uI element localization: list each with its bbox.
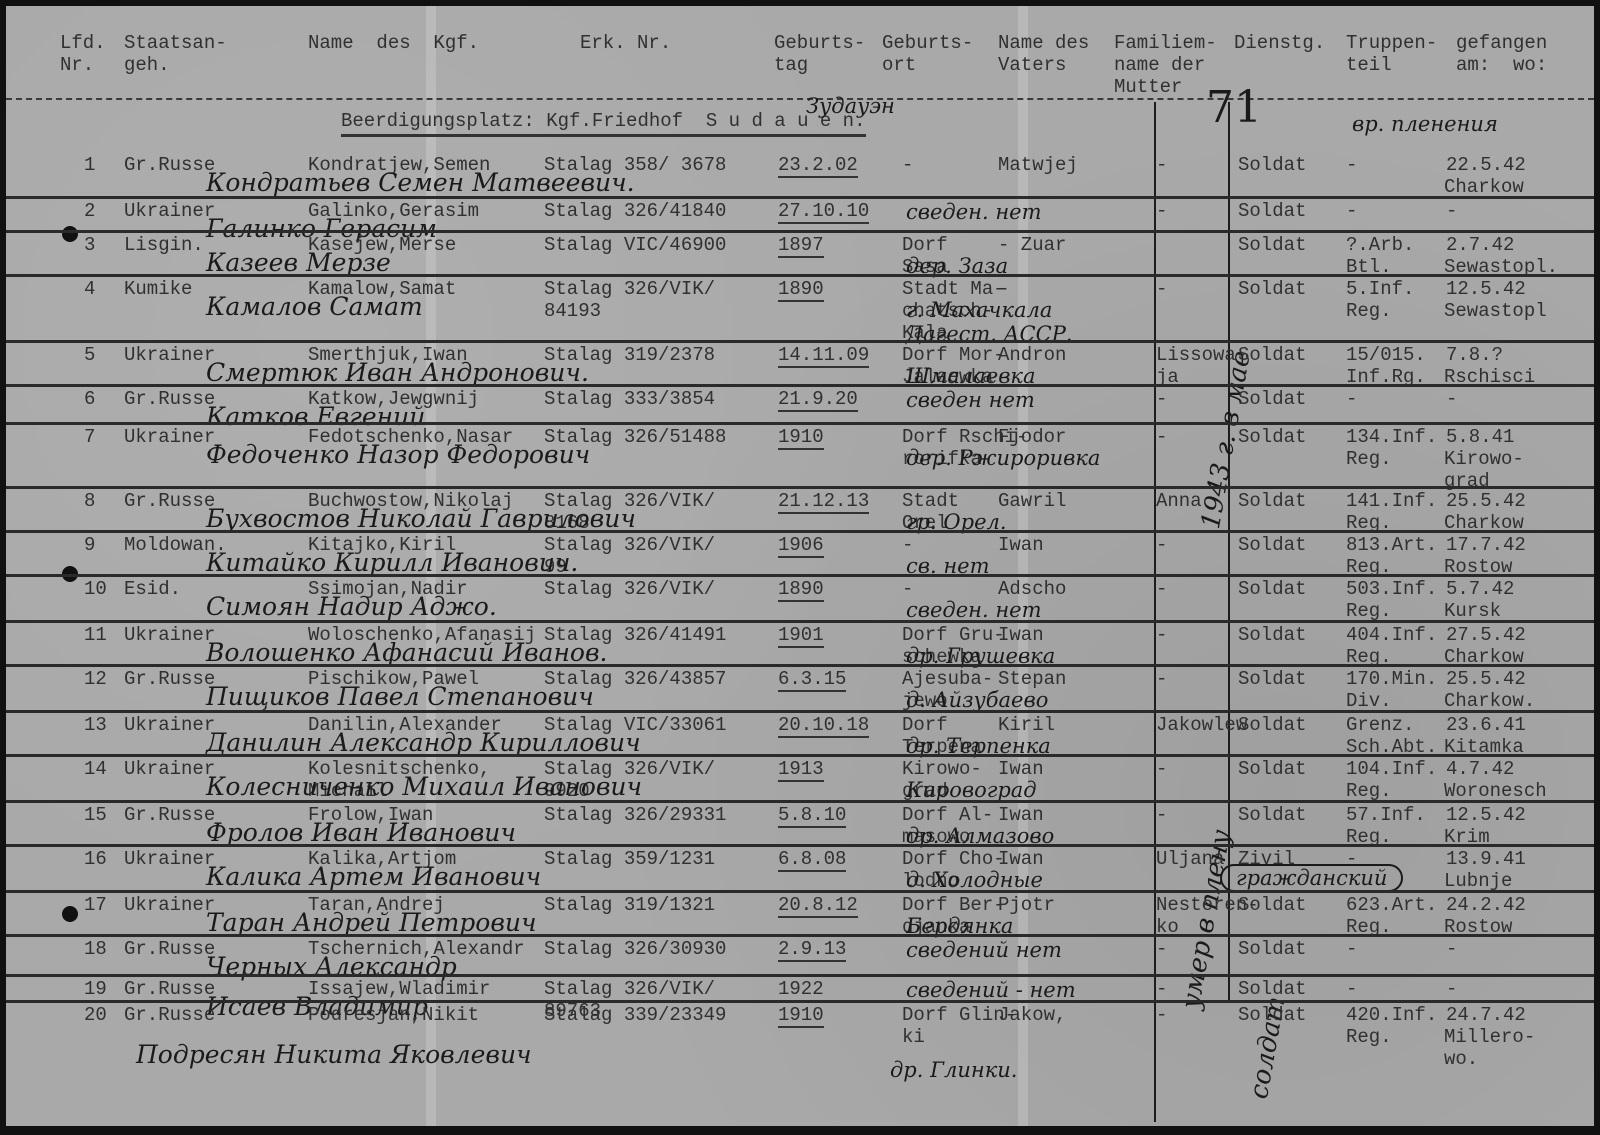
mother-name: - <box>1156 804 1167 826</box>
unit: 420.Inf. <box>1346 1004 1437 1026</box>
row-number: 12 <box>84 668 107 690</box>
row-divider <box>6 1000 1594 1003</box>
birth-date: 1890 <box>778 578 824 602</box>
nationality: Ukrainer <box>124 200 215 222</box>
father-name: Andron <box>998 344 1066 366</box>
nationality: Gr.Russe <box>124 804 215 826</box>
mother-name: - <box>1156 154 1167 176</box>
mother-name: Jakowlew <box>1156 714 1247 736</box>
father-name: Fjodor <box>998 426 1066 448</box>
capture-date: 12.5.42 <box>1446 804 1526 826</box>
handwritten-birthplace: сведен нет <box>906 388 1035 412</box>
capture-place: Kursk <box>1444 600 1501 622</box>
nationality: Ukrainer <box>124 848 215 870</box>
father-name: Stepan <box>998 668 1066 690</box>
birth-place: Stadt <box>902 490 959 512</box>
nationality: Ukrainer <box>124 344 215 366</box>
birth-date: 1890 <box>778 278 824 302</box>
row-divider <box>6 890 1594 893</box>
rank: Soldat <box>1238 624 1306 646</box>
nationality: Ukrainer <box>124 894 215 916</box>
handwritten-birthplace: г. Махачкала Дагест. АССР. <box>906 298 1073 346</box>
capture-date: 5.7.42 <box>1446 578 1514 600</box>
nationality: Ukrainer <box>124 426 215 448</box>
id-number: Stalag VIC/46900 <box>544 234 726 256</box>
unit: - <box>1346 938 1357 960</box>
birth-date: 21.12.13 <box>778 490 869 514</box>
birth-place: Dorf Al- <box>902 804 993 826</box>
handwritten-name: Кондратьев Семен Матвеевич. <box>206 168 635 197</box>
row-divider <box>6 274 1594 277</box>
capture-date: 4.7.42 <box>1446 758 1514 780</box>
row-divider <box>6 196 1594 199</box>
unit: ?.Arb. <box>1346 234 1414 256</box>
row-divider <box>6 664 1594 667</box>
father-name: Pjotr <box>998 894 1055 916</box>
nationality: Gr.Russe <box>124 668 215 690</box>
row-number: 2 <box>84 200 95 222</box>
birth-date: 1913 <box>778 758 824 782</box>
unit: 404.Inf. <box>1346 624 1437 646</box>
mother-name: - <box>1156 938 1167 960</box>
birth-date: 1906 <box>778 534 824 558</box>
rank: Soldat <box>1238 714 1306 736</box>
handwritten-name: Калика Артем Иванович <box>206 862 541 891</box>
row-number: 3 <box>84 234 95 256</box>
row-divider <box>6 800 1594 803</box>
header-handwritten-note: вр. пленения <box>1352 112 1498 136</box>
birth-date: 21.9.20 <box>778 388 858 412</box>
birth-place: Kirowo- <box>902 758 982 780</box>
mother-name: - <box>1156 624 1167 646</box>
mother-name: - <box>1156 534 1167 556</box>
capture-date: 7.8.? <box>1446 344 1503 366</box>
id-number-cont: 84193 <box>544 300 601 322</box>
father-name: Gawril <box>998 490 1066 512</box>
id-number: Stalag 326/41840 <box>544 200 726 222</box>
father-name: - Zuar <box>998 234 1066 256</box>
capture-date: 13.9.41 <box>1446 848 1526 870</box>
birth-place: Dorf Gru- <box>902 624 1005 646</box>
birth-date: 1922 <box>778 978 824 1002</box>
row-divider <box>6 754 1594 757</box>
col-header-staatsangehoerigkeit: Staatsan- geh. <box>124 32 227 76</box>
row-number: 7 <box>84 426 95 448</box>
col-header-lfd-nr: Lfd. Nr. <box>60 32 106 76</box>
row-number: 14 <box>84 758 107 780</box>
father-name: Matwjej <box>998 154 1078 176</box>
row-number: 10 <box>84 578 107 600</box>
nationality: Gr.Russe <box>124 388 215 410</box>
handwritten-name: Камалов Самат <box>206 292 423 321</box>
handwritten-birthplace: дер. Ржироривка <box>906 446 1100 470</box>
row-number: 18 <box>84 938 107 960</box>
father-name: Iwan <box>998 624 1044 646</box>
row-number: 5 <box>84 344 95 366</box>
row-number: 13 <box>84 714 107 736</box>
handwritten-name: Казеев Мерзе <box>206 248 391 277</box>
unit: - <box>1346 388 1357 410</box>
row-number: 9 <box>84 534 95 556</box>
mother-name: - <box>1156 668 1167 690</box>
unit: - <box>1346 978 1357 1000</box>
rank: Soldat <box>1238 1004 1306 1026</box>
rank: Soldat <box>1238 490 1306 512</box>
father-name: Jakow, <box>998 1004 1066 1026</box>
capture-date: - <box>1446 978 1457 1000</box>
id-number: Stalag 326/29331 <box>544 804 726 826</box>
birth-date: 20.8.12 <box>778 894 858 918</box>
rank: Soldat <box>1238 534 1306 556</box>
capture-date: 12.5.42 <box>1446 278 1526 300</box>
row-number: 4 <box>84 278 95 300</box>
row-divider <box>6 486 1594 489</box>
capture-date: 25.5.42 <box>1446 668 1526 690</box>
mother-name: - <box>1156 200 1167 222</box>
mother-name: - <box>1156 578 1167 600</box>
unit: 15/015. <box>1346 344 1426 366</box>
row-number: 17 <box>84 894 107 916</box>
birth-date: 2.9.13 <box>778 938 846 962</box>
row-number: 1 <box>84 154 95 176</box>
unit: 104.Inf. <box>1346 758 1437 780</box>
mother-name: - <box>1156 758 1167 780</box>
unit: - <box>1346 154 1357 176</box>
rank: Soldat <box>1238 154 1306 176</box>
handwritten-name: Симоян Надир Аджо. <box>206 592 497 621</box>
unit-cont: Div. <box>1346 690 1392 712</box>
capture-date: 17.7.42 <box>1446 534 1526 556</box>
nationality: Gr.Russe <box>124 1004 215 1026</box>
handwritten-birthplace: сведений - нет <box>906 978 1076 1002</box>
rank: Soldat <box>1238 938 1306 960</box>
col-header-dienstgrad: Dienstg. <box>1234 32 1325 54</box>
unit: 813.Art. <box>1346 534 1437 556</box>
handwritten-birthplace: сведен. нет <box>906 200 1042 224</box>
header-divider <box>6 98 1594 100</box>
mother-name: - <box>1156 978 1167 1000</box>
nationality: Kumike <box>124 278 192 300</box>
pen-line <box>1154 102 1156 1122</box>
father-name: - <box>998 278 1009 300</box>
col-header-truppenteil: Truppen- teil <box>1346 32 1437 76</box>
id-number: Stalag 359/1231 <box>544 848 715 870</box>
unit: 57.Inf. <box>1346 804 1426 826</box>
capture-place: Millero- wo. <box>1444 1026 1535 1070</box>
handwritten-name: Колесниченко Михаил Иванович <box>206 772 642 801</box>
handwritten-name: Китайко Кирилл Иванович. <box>206 548 578 577</box>
row-divider <box>6 230 1594 233</box>
handwritten-mark: 71 <box>1206 82 1262 133</box>
row-divider <box>6 974 1594 977</box>
handwritten-birthplace: др. Глинки. <box>890 1058 1017 1082</box>
id-number: Stalag 319/1321 <box>544 894 715 916</box>
handwritten-name: Подресян Никита Яковлевич <box>136 1040 532 1069</box>
capture-date: 24.7.42 <box>1446 1004 1526 1026</box>
mother-name: - <box>1156 388 1167 410</box>
mother-name: - <box>1156 278 1167 300</box>
capture-date: 2.7.42 <box>1446 234 1514 256</box>
handwritten-name: Данилин Александр Кириллович <box>206 728 641 757</box>
rank: Soldat <box>1238 426 1306 448</box>
burial-place-handwritten: Зудауэн <box>806 94 895 118</box>
rank: Soldat <box>1238 234 1306 256</box>
father-name: Adscho <box>998 578 1066 600</box>
row-divider <box>6 530 1594 533</box>
row-divider <box>6 844 1594 847</box>
row-number: 11 <box>84 624 107 646</box>
document-sheet: Lfd. Nr. Staatsan- geh. Name des Kgf. Er… <box>6 6 1594 1126</box>
punch-hole <box>62 906 78 922</box>
handwritten-birthplace: Кировоград <box>906 778 1037 802</box>
nationality: Ukrainer <box>124 624 215 646</box>
birth-date: 6.3.15 <box>778 668 846 692</box>
father-name: Kiril <box>998 714 1055 736</box>
birth-date: 1910 <box>778 1004 824 1028</box>
nationality: Ukrainer <box>124 714 215 736</box>
handwritten-birthplace: сведен. нет <box>906 598 1042 622</box>
mother-name: - <box>1156 426 1167 448</box>
handwritten-name: Волошенко Афанасий Иванов. <box>206 638 607 667</box>
rank: Soldat <box>1238 388 1306 410</box>
rank: Soldat <box>1238 894 1306 916</box>
nationality: Gr.Russe <box>124 978 215 1000</box>
birth-place: Dorf Ber- <box>902 894 1005 916</box>
handwritten-name: Фролов Иван Иванович <box>206 818 516 847</box>
col-header-vater: Name des Vaters <box>998 32 1089 76</box>
birth-date: 20.10.18 <box>778 714 869 738</box>
row-divider <box>6 934 1594 937</box>
unit: Grenz. <box>1346 714 1414 736</box>
rank: Soldat <box>1238 578 1306 600</box>
col-header-mutter: Familiem- name der Mutter <box>1114 32 1217 98</box>
capture-place: Woronesch <box>1444 780 1547 802</box>
father-name: Iwan <box>998 534 1044 556</box>
id-number: Stalag 326/VIK/ <box>544 278 715 300</box>
unit: - <box>1346 200 1357 222</box>
birth-place: - <box>902 578 913 600</box>
handwritten-name: Бухвостов Николай Гаврилович <box>206 504 636 533</box>
birth-date: 1897 <box>778 234 824 258</box>
id-number: Stalag 333/3854 <box>544 388 715 410</box>
punch-hole <box>62 226 78 242</box>
birth-place: Dorf <box>902 234 948 256</box>
row-number: 19 <box>84 978 107 1000</box>
row-number: 8 <box>84 490 95 512</box>
unit: 170.Min. <box>1346 668 1437 690</box>
birth-place: Dorf <box>902 714 948 736</box>
birth-date: 5.8.10 <box>778 804 846 828</box>
row-number: 15 <box>84 804 107 826</box>
mother-name: - <box>1156 1004 1167 1026</box>
unit-cont: Reg. <box>1346 600 1392 622</box>
capture-date: 23.6.41 <box>1446 714 1526 736</box>
rank: Soldat <box>1238 668 1306 690</box>
capture-date: 22.5.42 <box>1446 154 1526 176</box>
row-divider <box>6 620 1594 623</box>
id-number: Stalag 326/VIK/ <box>544 978 715 1000</box>
birth-date: 6.8.08 <box>778 848 846 872</box>
handwritten-rank-note: гражданский <box>1220 864 1403 892</box>
row-number: 20 <box>84 1004 107 1026</box>
birth-date: 1901 <box>778 624 824 648</box>
birth-date: 14.11.09 <box>778 344 869 368</box>
birth-place: - <box>902 534 913 556</box>
nationality: Esid. <box>124 578 181 600</box>
birth-place: Ajesuba- <box>902 668 993 690</box>
unit-cont: Reg. <box>1346 780 1392 802</box>
unit: 141.Inf. <box>1346 490 1437 512</box>
row-divider <box>6 710 1594 713</box>
unit-cont: Reg. <box>1346 448 1392 470</box>
row-divider <box>6 422 1594 425</box>
birth-place: Stadt Ma- <box>902 278 1005 300</box>
birth-date: 27.10.10 <box>778 200 869 224</box>
nationality: Ukrainer <box>124 758 215 780</box>
col-header-gefangen: gefangen am: wo: <box>1456 32 1547 76</box>
capture-place: Sewastopl <box>1444 300 1547 322</box>
father-name: Iwan <box>998 848 1044 870</box>
unit: 134.Inf. <box>1346 426 1437 448</box>
id-number: Stalag 326/30930 <box>544 938 726 960</box>
id-number: Stalag 326/VIK/ <box>544 578 715 600</box>
birth-date: 1910 <box>778 426 824 450</box>
handwritten-name: Таран Андрей Петрович <box>206 908 537 937</box>
nationality: Gr.Russe <box>124 154 215 176</box>
nationality: Gr.Russe <box>124 490 215 512</box>
capture-place: Charkow <box>1444 176 1524 198</box>
birth-place: Dorf Cho- <box>902 848 1005 870</box>
col-header-erk-nr: Erk. Nr. <box>580 32 671 54</box>
handwritten-name: Федоченко Назор Федорович <box>206 440 590 469</box>
capture-date: - <box>1446 200 1457 222</box>
capture-place: Charkow. <box>1444 690 1535 712</box>
rank: Soldat <box>1238 200 1306 222</box>
unit-cont: Reg. <box>1346 1026 1392 1048</box>
row-divider <box>6 384 1594 387</box>
capture-date: - <box>1446 388 1457 410</box>
birth-place: Dorf Mor- <box>902 344 1005 366</box>
capture-place: Lubnje <box>1444 870 1512 892</box>
row-divider <box>6 340 1594 343</box>
prisoner-name: Podresjan,Nikit <box>308 1004 479 1026</box>
unit-cont: Reg. <box>1346 300 1392 322</box>
rank: Soldat <box>1238 344 1306 366</box>
capture-date: - <box>1446 938 1457 960</box>
rank: Soldat <box>1238 978 1306 1000</box>
handwritten-birthplace: д. Холодные <box>906 868 1043 892</box>
col-header-geburtsort: Geburts- ort <box>882 32 973 76</box>
col-header-name: Name des Kgf. <box>308 32 479 54</box>
birth-date: 23.2.02 <box>778 154 858 178</box>
unit: 503.Inf. <box>1346 578 1437 600</box>
unit: 5.Inf. <box>1346 278 1414 300</box>
mother-name: Uljana <box>1156 848 1224 870</box>
birth-place: - <box>902 154 913 176</box>
capture-date: 25.5.42 <box>1446 490 1526 512</box>
birth-place-cont: ki <box>902 1026 925 1048</box>
rank: Soldat <box>1238 804 1306 826</box>
row-divider <box>6 574 1594 577</box>
capture-date: 27.5.42 <box>1446 624 1526 646</box>
handwritten-name: Смертюк Иван Андронович. <box>206 358 589 387</box>
handwritten-name: Пищиков Павел Степанович <box>206 682 594 711</box>
burial-place: Beerdigungsplatz: Kgf.Friedhof S u d a u… <box>341 110 866 137</box>
mother-name: Anna <box>1156 490 1202 512</box>
id-number: Stalag 339/23349 <box>544 1004 726 1026</box>
capture-date: 5.8.41 <box>1446 426 1514 448</box>
handwritten-birthplace: д. Айзубаево <box>906 688 1048 712</box>
capture-date: 24.2.42 <box>1446 894 1526 916</box>
col-header-geburtstag: Geburts- tag <box>774 32 865 76</box>
nationality: Gr.Russe <box>124 938 215 960</box>
mother-name: Lissowa- ja <box>1156 344 1247 388</box>
nationality: Lisgin. <box>124 234 204 256</box>
row-number: 16 <box>84 848 107 870</box>
rank: Soldat <box>1238 758 1306 780</box>
father-name: Iwan <box>998 758 1044 780</box>
unit: 623.Art. <box>1346 894 1437 916</box>
row-number: 6 <box>84 388 95 410</box>
father-name: Iwan <box>998 804 1044 826</box>
handwritten-birthplace: сведений нет <box>906 938 1062 962</box>
rank: Soldat <box>1238 278 1306 300</box>
